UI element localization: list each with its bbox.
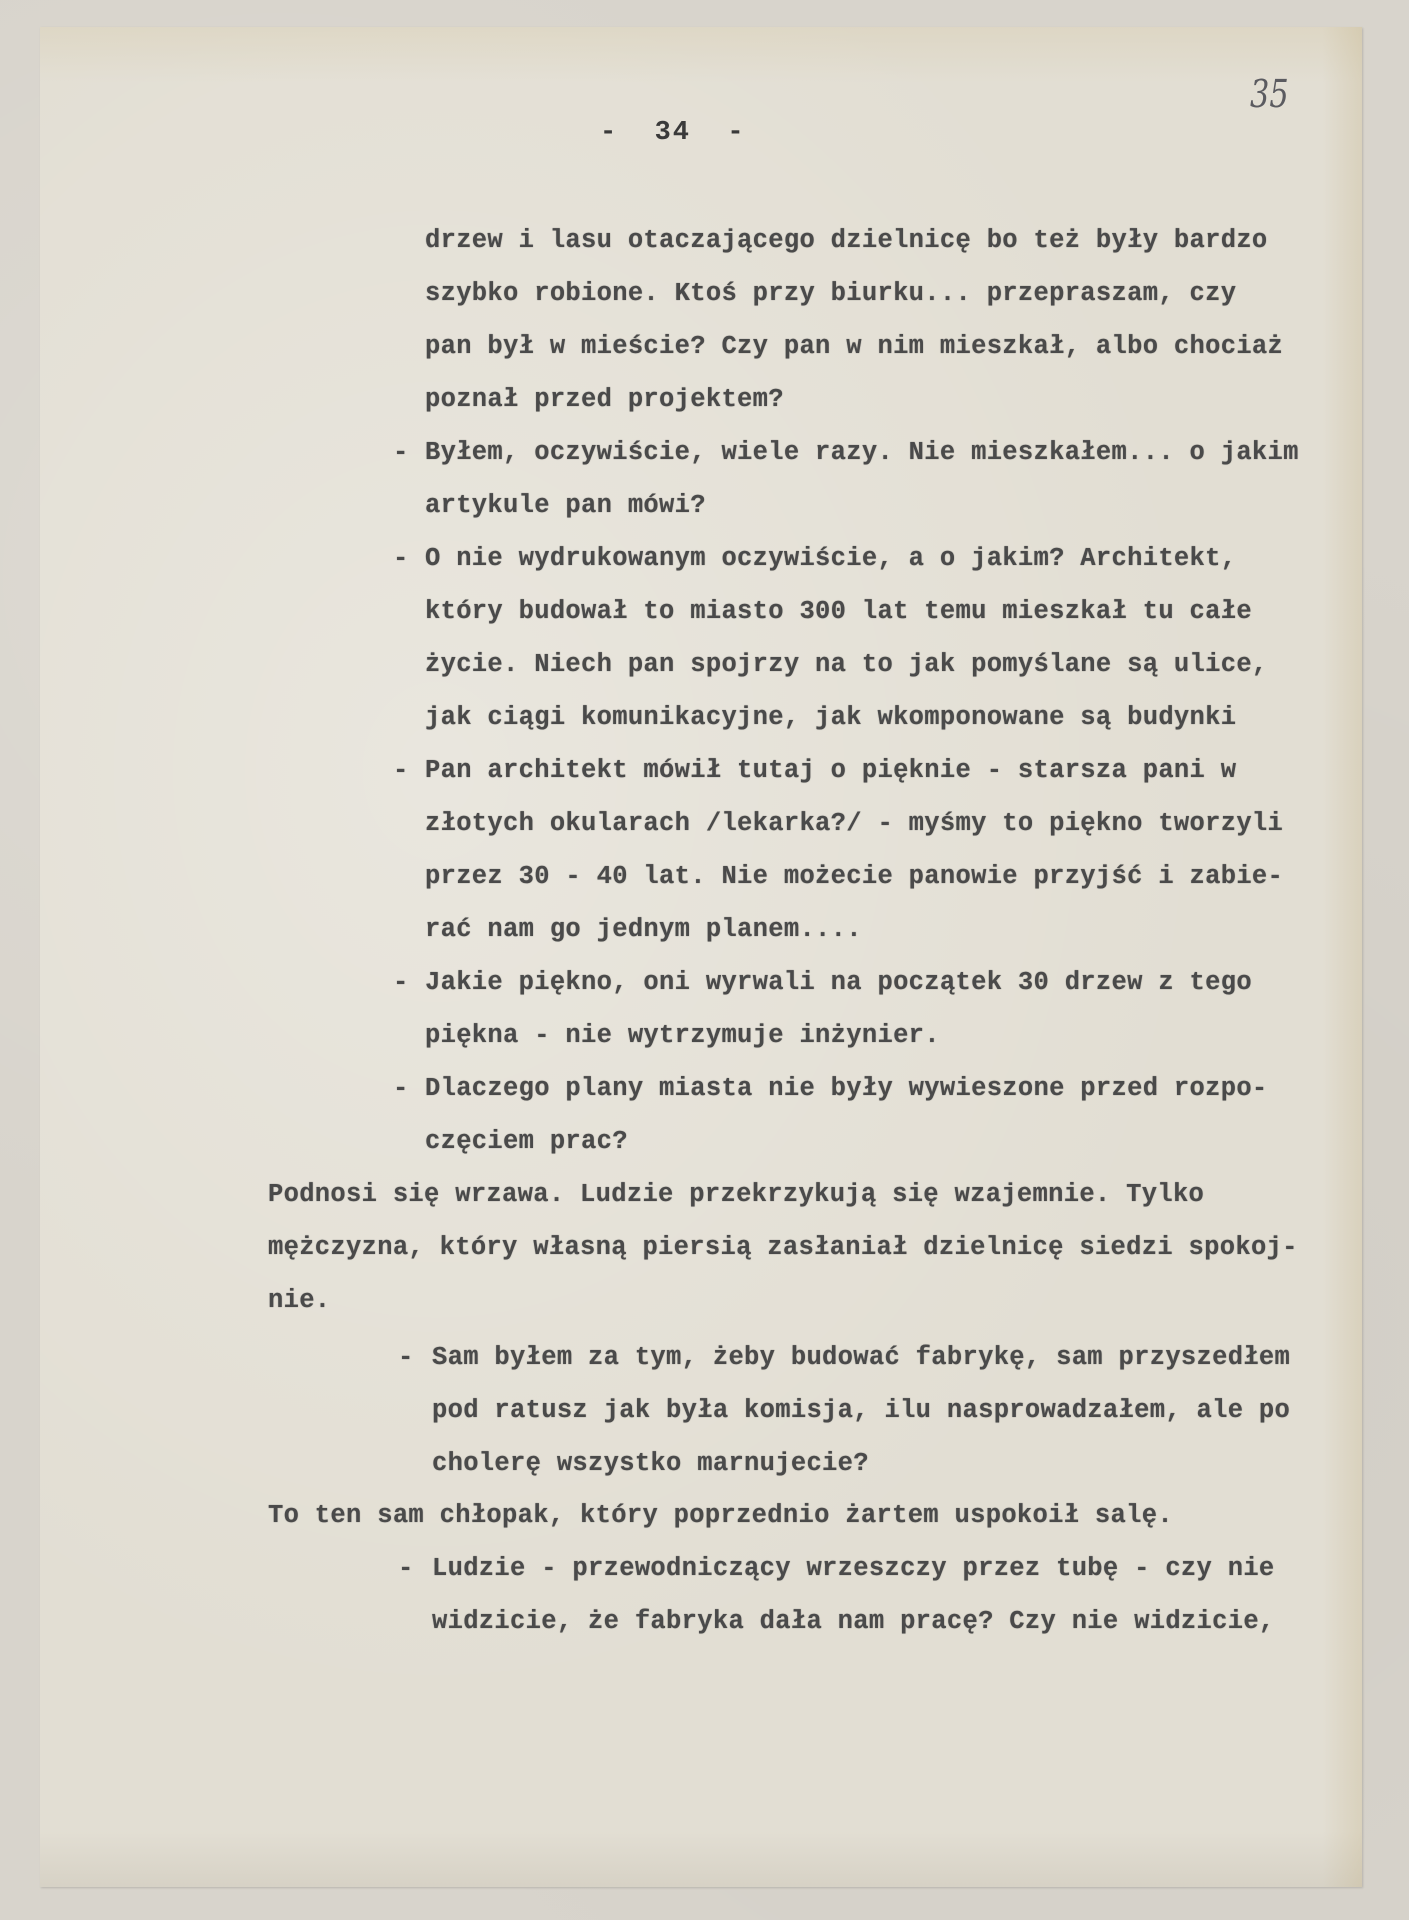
text-line: złotych okularach /lekarka?/ - myśmy to … [425,811,1283,837]
text-line: widzicie, że fabryka dała nam pracę? Czy… [432,1609,1275,1635]
narration-line: To ten sam chłopak, który poprzednio żar… [268,1503,1173,1529]
text-line: przez 30 - 40 lat. Nie możecie panowie p… [425,864,1283,890]
narration-line: mężczyzna, który własną piersią zasłania… [268,1235,1298,1261]
dialogue-dash: - [393,970,408,996]
text-line: częciem prac? [425,1129,628,1155]
text-line: który budował to miasto 300 lat temu mie… [425,599,1252,625]
dialogue-dash: - [393,546,408,572]
text-line: szybko robione. Ktoś przy biurku... prze… [425,281,1236,307]
text-line: rać nam go jednym planem.... [425,917,862,943]
text-line: życie. Niech pan spojrzy na to jak pomyś… [425,652,1268,678]
text-line: Jakie piękno, oni wyrwali na początek 30… [425,970,1252,996]
text-line: piękna - nie wytrzymuje inżynier. [425,1023,940,1049]
text-line: O nie wydrukowanym oczywiście, a o jakim… [425,546,1236,572]
text-line: Ludzie - przewodniczący wrzeszczy przez … [432,1556,1275,1582]
dialogue-dash: - [393,758,408,784]
dialogue-dash: - [398,1556,413,1582]
text-line: Dlaczego plany miasta nie były wywieszon… [425,1076,1268,1102]
narration-line: Podnosi się wrzawa. Ludzie przekrzykują … [268,1182,1204,1208]
text-line: pan był w mieście? Czy pan w nim mieszka… [425,334,1283,360]
dialogue-dash: - [393,440,408,466]
text-line: Pan architekt mówił tutaj o pięknie - st… [425,758,1236,784]
text-line: Byłem, oczywiście, wiele razy. Nie miesz… [425,440,1299,466]
dialogue-dash: - [393,1076,408,1102]
text-line: cholerę wszystko marnujecie? [432,1451,869,1477]
text-line: pod ratusz jak była komisja, ilu nasprow… [432,1398,1290,1424]
text-line: jak ciągi komunikacyjne, jak wkomponowan… [425,705,1236,731]
narration-line: nie. [268,1288,330,1314]
page-number: - 34 - [600,118,746,148]
text-line: artykule pan mówi? [425,493,706,519]
text-line: drzew i lasu otaczającego dzielnicę bo t… [425,228,1268,254]
dialogue-dash: - [398,1345,413,1371]
text-line: poznał przed projektem? [425,387,784,413]
text-line: Sam byłem za tym, żeby budować fabrykę, … [432,1345,1290,1371]
handwritten-archive-number: 35 [1250,72,1289,116]
